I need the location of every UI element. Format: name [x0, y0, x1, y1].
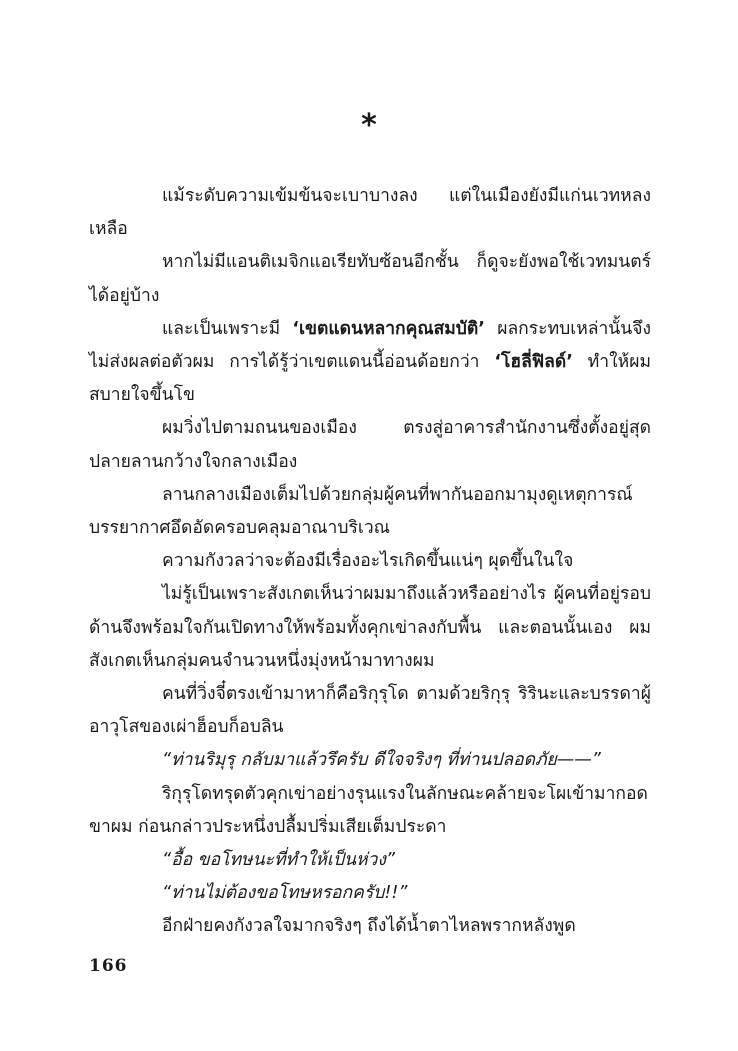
- paragraph-10: ริกุรุโดทรุดตัวคุกเข่าอย่างรุนแรงในลักษณ…: [89, 778, 651, 844]
- paragraph-5: ลานกลางเมืองเต็มไปด้วยกลุ่มผู้คนที่พากัน…: [89, 479, 651, 545]
- paragraph-1: แม้ระดับความเข้มข้นจะเบาบางลง แต่ในเมือง…: [89, 180, 651, 246]
- dialogue-3: “ท่านไม่ต้องขอโทษหรอกครับ!!”: [89, 877, 651, 910]
- paragraph-4: ผมวิ่งไปตามถนนของเมือง ตรงสู่อาคารสำนักง…: [89, 412, 651, 478]
- bold-term-holyfield: ‘โฮลี่ฟิลด์’: [494, 352, 573, 372]
- paragraph-3: และเป็นเพราะมี ‘เขตแดนหลากคุณสมบัติ’ ผลก…: [89, 313, 651, 413]
- body-text: แม้ระดับความเข้มข้นจะเบาบางลง แต่ในเมือง…: [89, 180, 651, 944]
- dialogue-1: “ท่านริมุรุ กลับมาแล้วรึครับ ดีใจจริงๆ ท…: [89, 744, 651, 777]
- page-number: 166: [89, 956, 128, 976]
- book-page: * แม้ระดับความเข้มข้นจะเบาบางลง แต่ในเมื…: [0, 0, 738, 1051]
- paragraph-13: อีกฝ่ายคงกังวลใจมากจริงๆ ถึงได้น้ำตาไหลพ…: [89, 910, 651, 943]
- scene-break-asterisk: *: [0, 108, 738, 144]
- bold-term-boundary: ‘เขตแดนหลากคุณสมบัติ’: [292, 319, 485, 339]
- paragraph-2: หากไม่มีแอนติเมจิกแอเรียทับซ้อนอีกชั้น ก…: [89, 246, 651, 312]
- paragraph-7: ไม่รู้เป็นเพราะสังเกตเห็นว่าผมมาถึงแล้วห…: [89, 578, 651, 678]
- paragraph-8: คนที่วิ่งจี๋ตรงเข้ามาหาก็คือริกุรุโด ตาม…: [89, 678, 651, 744]
- paragraph-6: ความกังวลว่าจะต้องมีเรื่องอะไรเกิดขึ้นแน…: [89, 545, 651, 578]
- dialogue-2: “อื้อ ขอโทษนะที่ทำให้เป็นห่วง”: [89, 844, 651, 877]
